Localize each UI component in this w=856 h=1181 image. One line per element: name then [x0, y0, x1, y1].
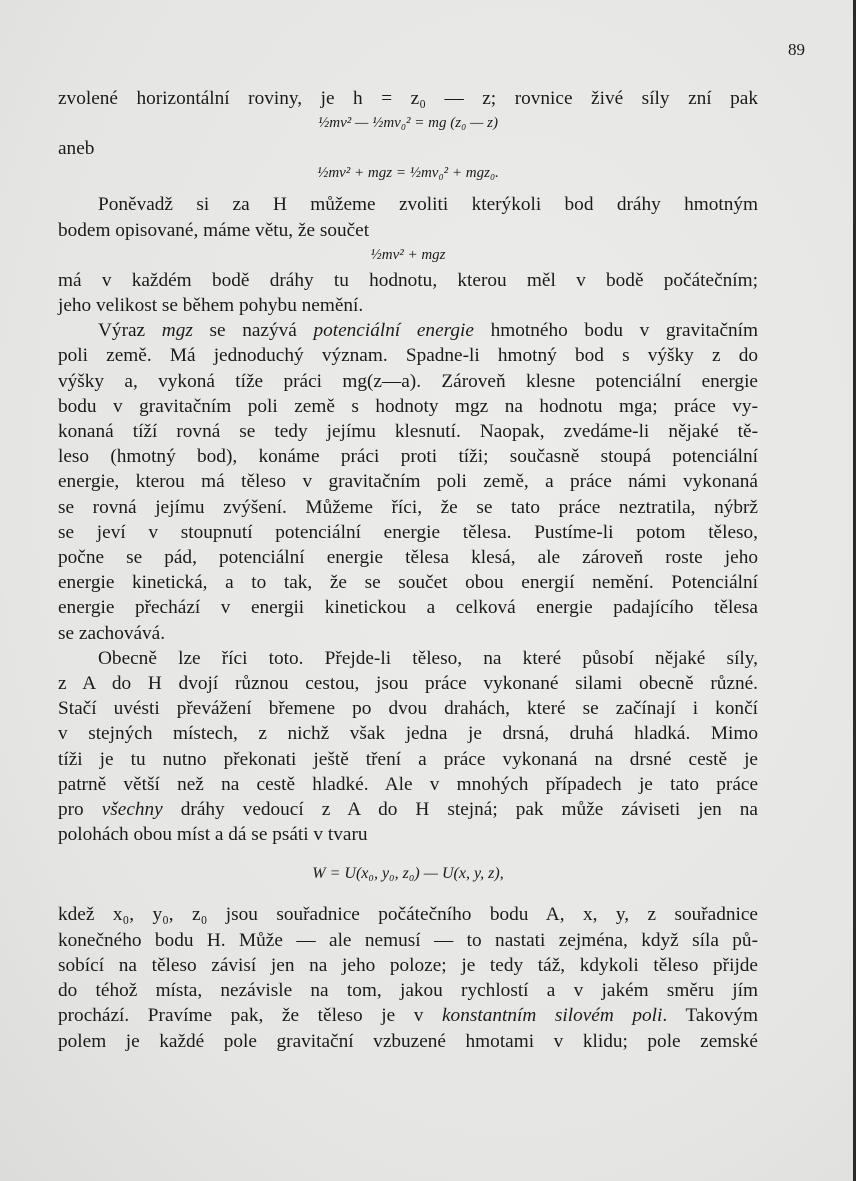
equation-work-potential: W = U(x₀, y₀, z₀) — U(x, y, z), — [58, 861, 758, 886]
text-line: zvolené horizontální roviny, je h = z₀ —… — [58, 86, 758, 111]
text-line: Stačí uvésti převážení břemene po dvou d… — [58, 696, 758, 721]
text-line: tíži je tu nutno překonati ještě tření a… — [58, 747, 758, 772]
text-line: bodu v gravitačním poli země s hodnoty m… — [58, 394, 758, 419]
text-line: patrně větší než na cestě hladké. Ale v … — [58, 772, 758, 797]
text-line: konečného bodu H. Může — ale nemusí — to… — [58, 928, 758, 953]
term-potential-energy: potenciální energie — [313, 320, 474, 341]
page-number: 89 — [788, 40, 805, 60]
text-line: se jeví v stoupnutí potenciální energie … — [58, 520, 758, 545]
equation-energy-conservation: ½mv² + mgz = ½mv₀² + mgz₀. — [58, 161, 758, 186]
scanned-page: 89 zvolené horizontální roviny, je h = z… — [0, 0, 856, 1181]
equation-sum: ½mv² + mgz — [58, 243, 758, 268]
text-line: energie, kterou má těleso v gravitačním … — [58, 469, 758, 494]
text-line: Poněvadž si za H můžeme zvoliti kterýkol… — [58, 192, 758, 217]
text-line: v stejných místech, z nichž však jedna j… — [58, 721, 758, 746]
text-line: počne se pád, potenciální energie tělesa… — [58, 545, 758, 570]
text-line: leso (hmotný bod), konáme práci proti tí… — [58, 444, 758, 469]
text-line: aneb — [58, 136, 758, 161]
text-line: bodem opisované, máme větu, že součet — [58, 218, 758, 243]
term-constant-force-field: konstantním silovém poli — [442, 1005, 662, 1026]
text-line: energie přechází v energii kinetickou a … — [58, 595, 758, 620]
text-line: pro všechny dráhy vedoucí z A do H stejn… — [58, 797, 758, 822]
body-text: zvolené horizontální roviny, je h = z₀ —… — [58, 86, 758, 1054]
text-line: se rovná jejímu zvýšení. Můžeme říci, že… — [58, 495, 758, 520]
text-line: polem je každé pole gravitační vzbuzené … — [58, 1029, 758, 1054]
equation-kinetic-energy: ½mv² — ½mv₀² = mg (z₀ — z) — [58, 111, 758, 136]
text-line: prochází. Pravíme pak, že těleso je v ko… — [58, 1003, 758, 1028]
text-line: výšky a, vykoná tíže práci mg(z—a). Záro… — [58, 369, 758, 394]
text-line: Obecně lze říci toto. Přejde-li těleso, … — [58, 646, 758, 671]
text-line: sobící na těleso závisí jen na jeho polo… — [58, 953, 758, 978]
text-line: kdež x₀, y₀, z₀ jsou souřadnice počátečn… — [58, 902, 758, 927]
text-line: do téhož místa, nezávisle na tom, jakou … — [58, 978, 758, 1003]
text-line: konaná tíží rovná se tedy jejímu klesnut… — [58, 419, 758, 444]
text-line: má v každém bodě dráhy tu hodnotu, ktero… — [58, 268, 758, 293]
text-line: energie kinetická, a to tak, že se souče… — [58, 570, 758, 595]
text-line: Výraz mgz se nazývá potenciální energie … — [58, 318, 758, 343]
text-line: se zachovává. — [58, 621, 758, 646]
text-line: polohách obou míst a dá se psáti v tvaru — [58, 822, 758, 847]
text-line: jeho velikost se během pohybu nemění. — [58, 293, 758, 318]
text-line: poli země. Má jednoduchý význam. Spadne-… — [58, 343, 758, 368]
text-line: z A do H dvojí různou cestou, jsou práce… — [58, 671, 758, 696]
